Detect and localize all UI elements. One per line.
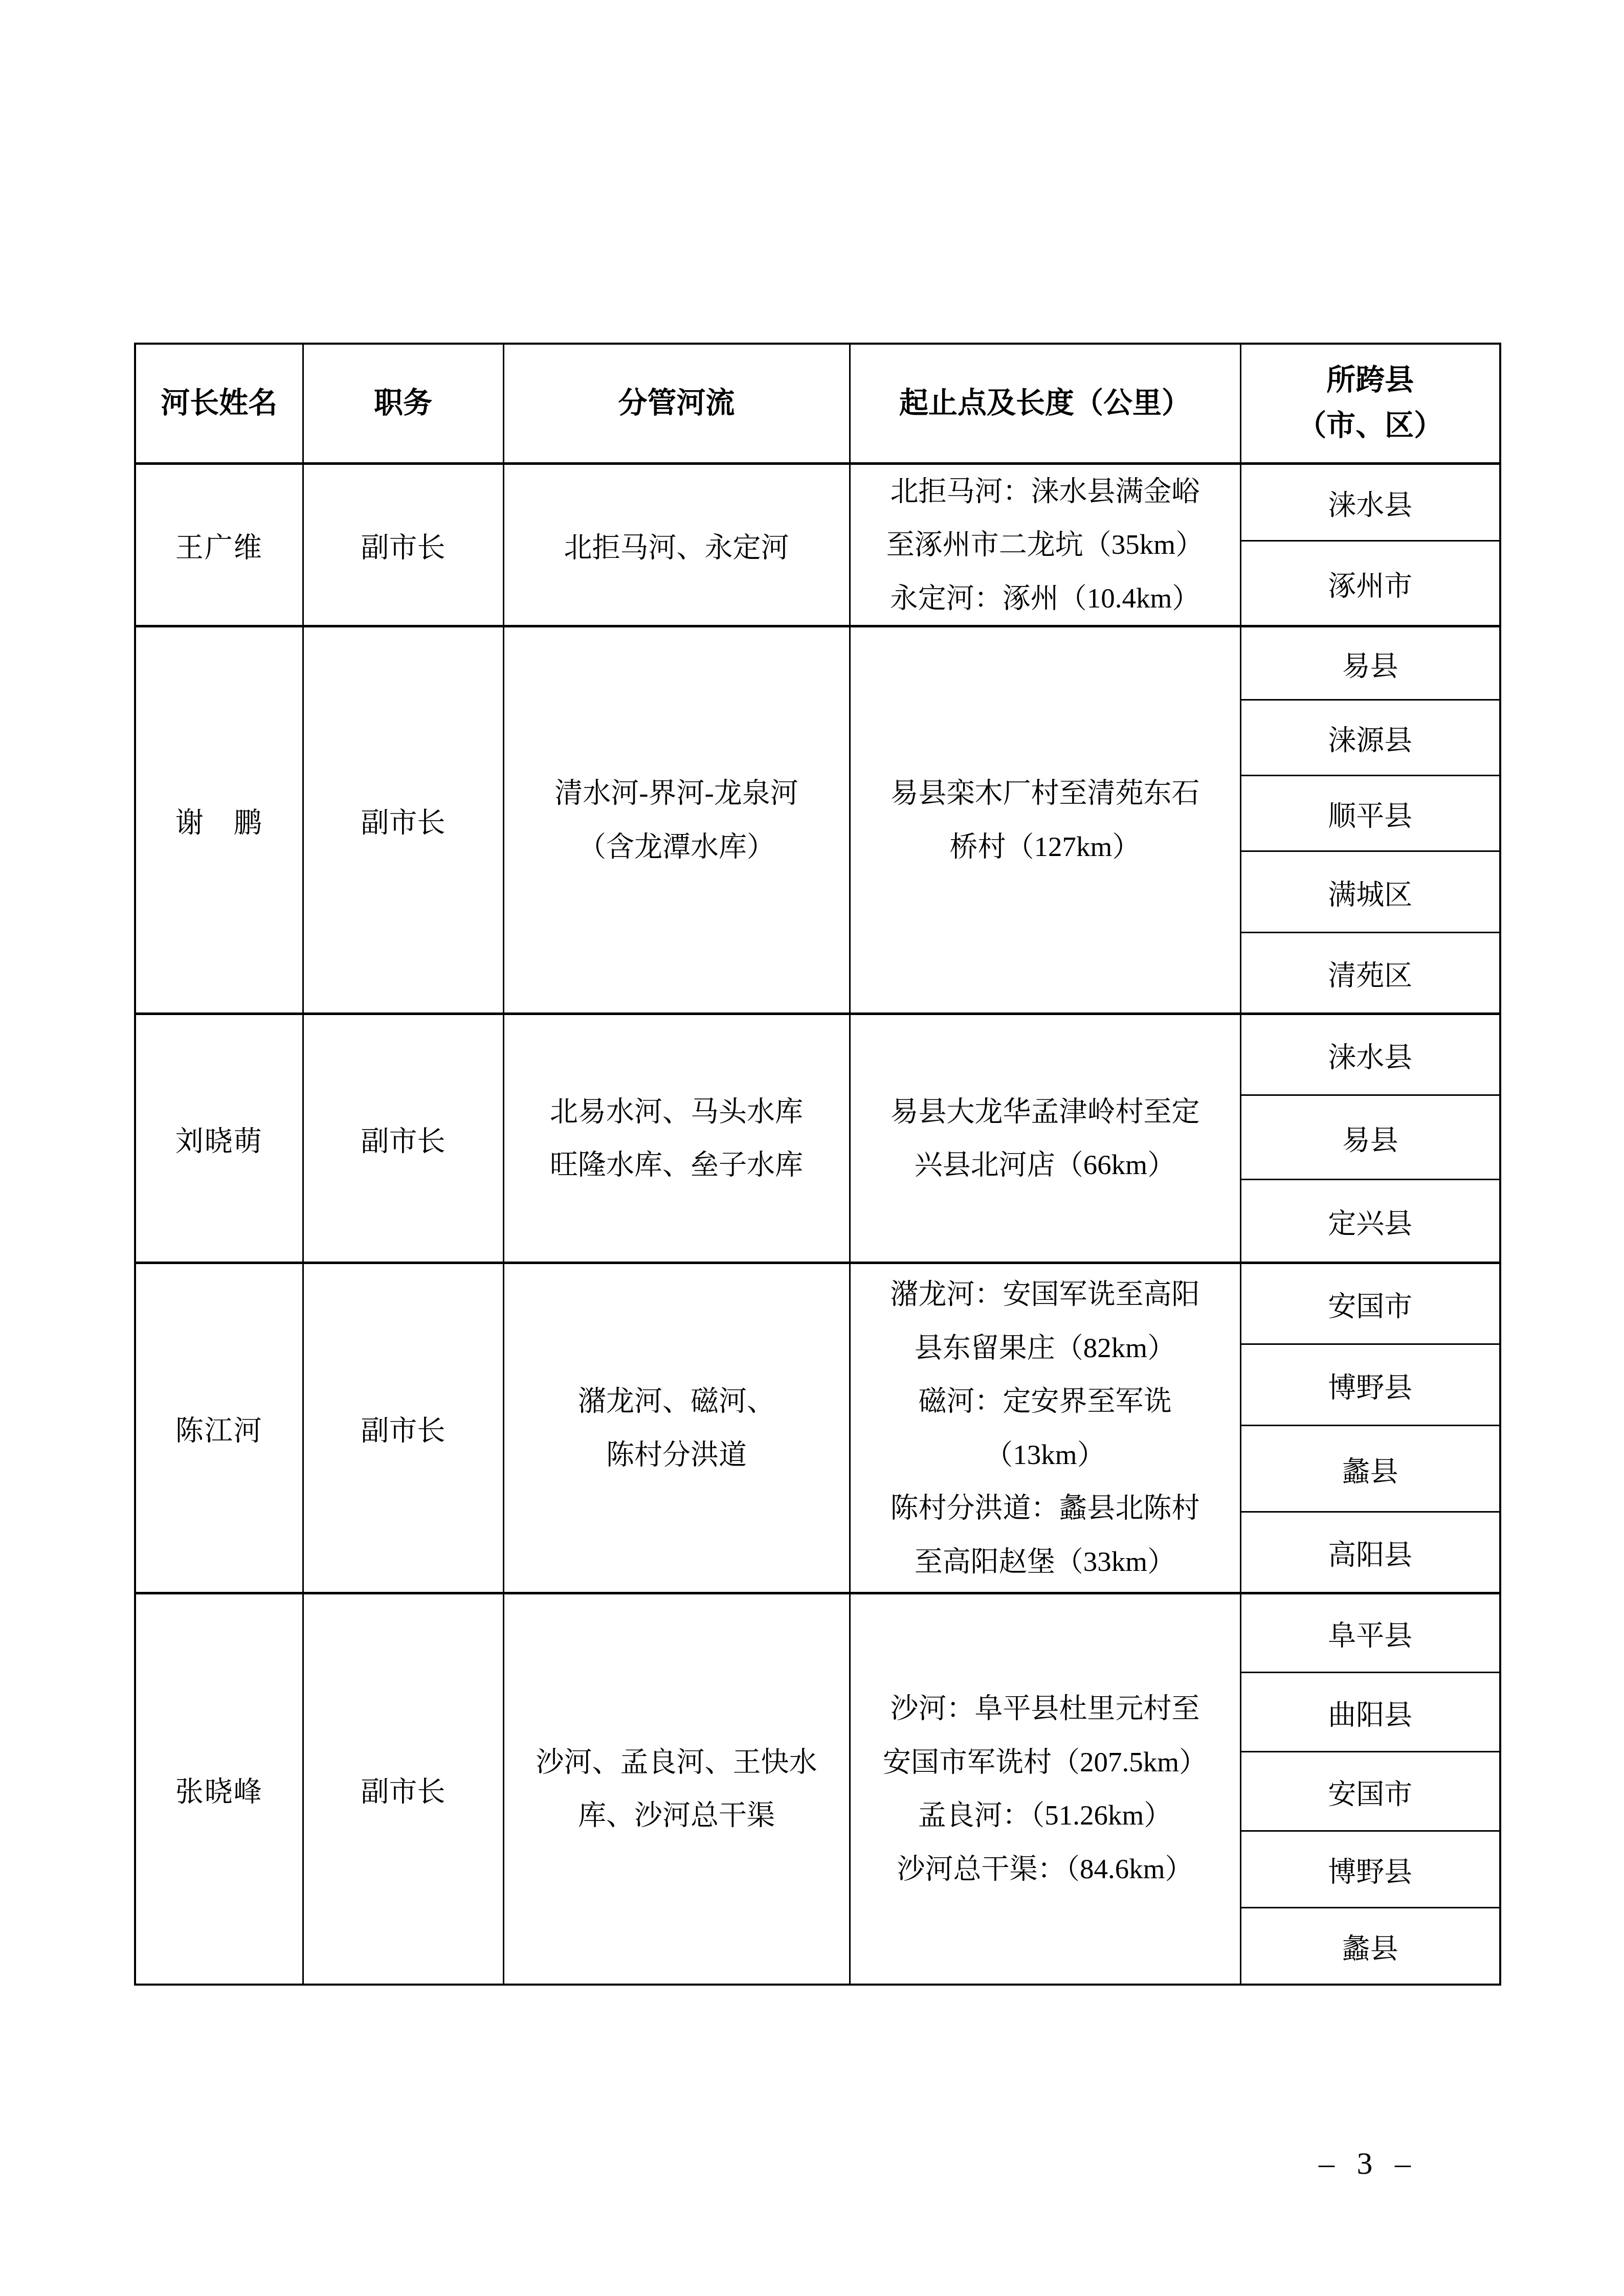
rivers-cell: 北易水河、马头水库 旺隆水库、垒子水库 [503,1014,850,1263]
header-chief-name: 河长姓名 [135,344,303,463]
county-cell: 高阳县 [1240,1512,1500,1593]
chief-name-cell: 张晓峰 [135,1593,303,1985]
position-cell: 副市长 [303,1593,503,1985]
chief-name-cell: 刘晓萌 [135,1014,303,1263]
county-cell: 易县 [1240,1095,1500,1180]
extent-cell: 易县栾木厂村至清苑东石 桥村（127km） [850,626,1240,1014]
rivers-cell: 潴龙河、磁河、 陈村分洪道 [503,1263,850,1593]
position-cell: 副市长 [303,1263,503,1593]
county-cell: 曲阳县 [1240,1673,1500,1752]
county-cell: 涞水县 [1240,1014,1500,1095]
document-page: 河长姓名 职务 分管河流 起止点及长度（公里） 所跨县 （市、区） 王广维 副市… [0,0,1624,2296]
county-cell: 涞源县 [1240,700,1500,776]
chief-name-cell: 陈江河 [135,1263,303,1593]
extent-cell: 沙河：阜平县杜里元村至 安国市军诜村（207.5km） 孟良河：（51.26km… [850,1593,1240,1985]
rivers-cell: 北拒马河、永定河 [503,463,850,626]
position-cell: 副市长 [303,1014,503,1263]
header-row: 河长姓名 职务 分管河流 起止点及长度（公里） 所跨县 （市、区） [135,344,1500,463]
chief-name-cell: 谢 鹏 [135,626,303,1014]
position-cell: 副市长 [303,463,503,626]
table-row: 陈江河 副市长 潴龙河、磁河、 陈村分洪道 潴龙河：安国军诜至高阳 县东留果庄（… [135,1263,1500,1344]
county-cell: 安国市 [1240,1263,1500,1344]
county-cell: 蠡县 [1240,1908,1500,1985]
county-cell: 易县 [1240,626,1500,700]
county-cell: 阜平县 [1240,1593,1500,1673]
table-row: 王广维 副市长 北拒马河、永定河 北拒马河：涞水县满金峪 至涿州市二龙坑（35k… [135,463,1500,541]
extent-cell: 易县大龙华孟津岭村至定 兴县北河店（66km） [850,1014,1240,1263]
county-cell: 满城区 [1240,851,1500,933]
rivers-cell: 清水河-界河-龙泉河 （含龙潭水库） [503,626,850,1014]
extent-cell: 北拒马河：涞水县满金峪 至涿州市二龙坑（35km） 永定河：涿州（10.4km） [850,463,1240,626]
chief-name-cell: 王广维 [135,463,303,626]
county-cell: 顺平县 [1240,776,1500,851]
table-row: 谢 鹏 副市长 清水河-界河-龙泉河 （含龙潭水库） 易县栾木厂村至清苑东石 桥… [135,626,1500,700]
county-cell: 蠡县 [1240,1426,1500,1512]
position-cell: 副市长 [303,626,503,1014]
table-row: 张晓峰 副市长 沙河、孟良河、王快水 库、沙河总干渠 沙河：阜平县杜里元村至 安… [135,1593,1500,1673]
header-position: 职务 [303,344,503,463]
header-rivers: 分管河流 [503,344,850,463]
page-number: – 3 – [1240,2146,1496,2182]
county-cell: 安国市 [1240,1752,1500,1831]
county-cell: 博野县 [1240,1344,1500,1426]
county-cell: 涿州市 [1240,541,1500,626]
county-cell: 博野县 [1240,1831,1500,1908]
river-chiefs-table: 河长姓名 职务 分管河流 起止点及长度（公里） 所跨县 （市、区） 王广维 副市… [134,343,1501,1986]
header-counties: 所跨县 （市、区） [1240,344,1500,463]
header-extent: 起止点及长度（公里） [850,344,1240,463]
table-row: 刘晓萌 副市长 北易水河、马头水库 旺隆水库、垒子水库 易县大龙华孟津岭村至定 … [135,1014,1500,1095]
county-cell: 定兴县 [1240,1180,1500,1263]
county-cell: 涞水县 [1240,463,1500,541]
rivers-cell: 沙河、孟良河、王快水 库、沙河总干渠 [503,1593,850,1985]
extent-cell: 潴龙河：安国军诜至高阳 县东留果庄（82km） 磁河：定安界至军诜 （13km）… [850,1263,1240,1593]
county-cell: 清苑区 [1240,933,1500,1014]
